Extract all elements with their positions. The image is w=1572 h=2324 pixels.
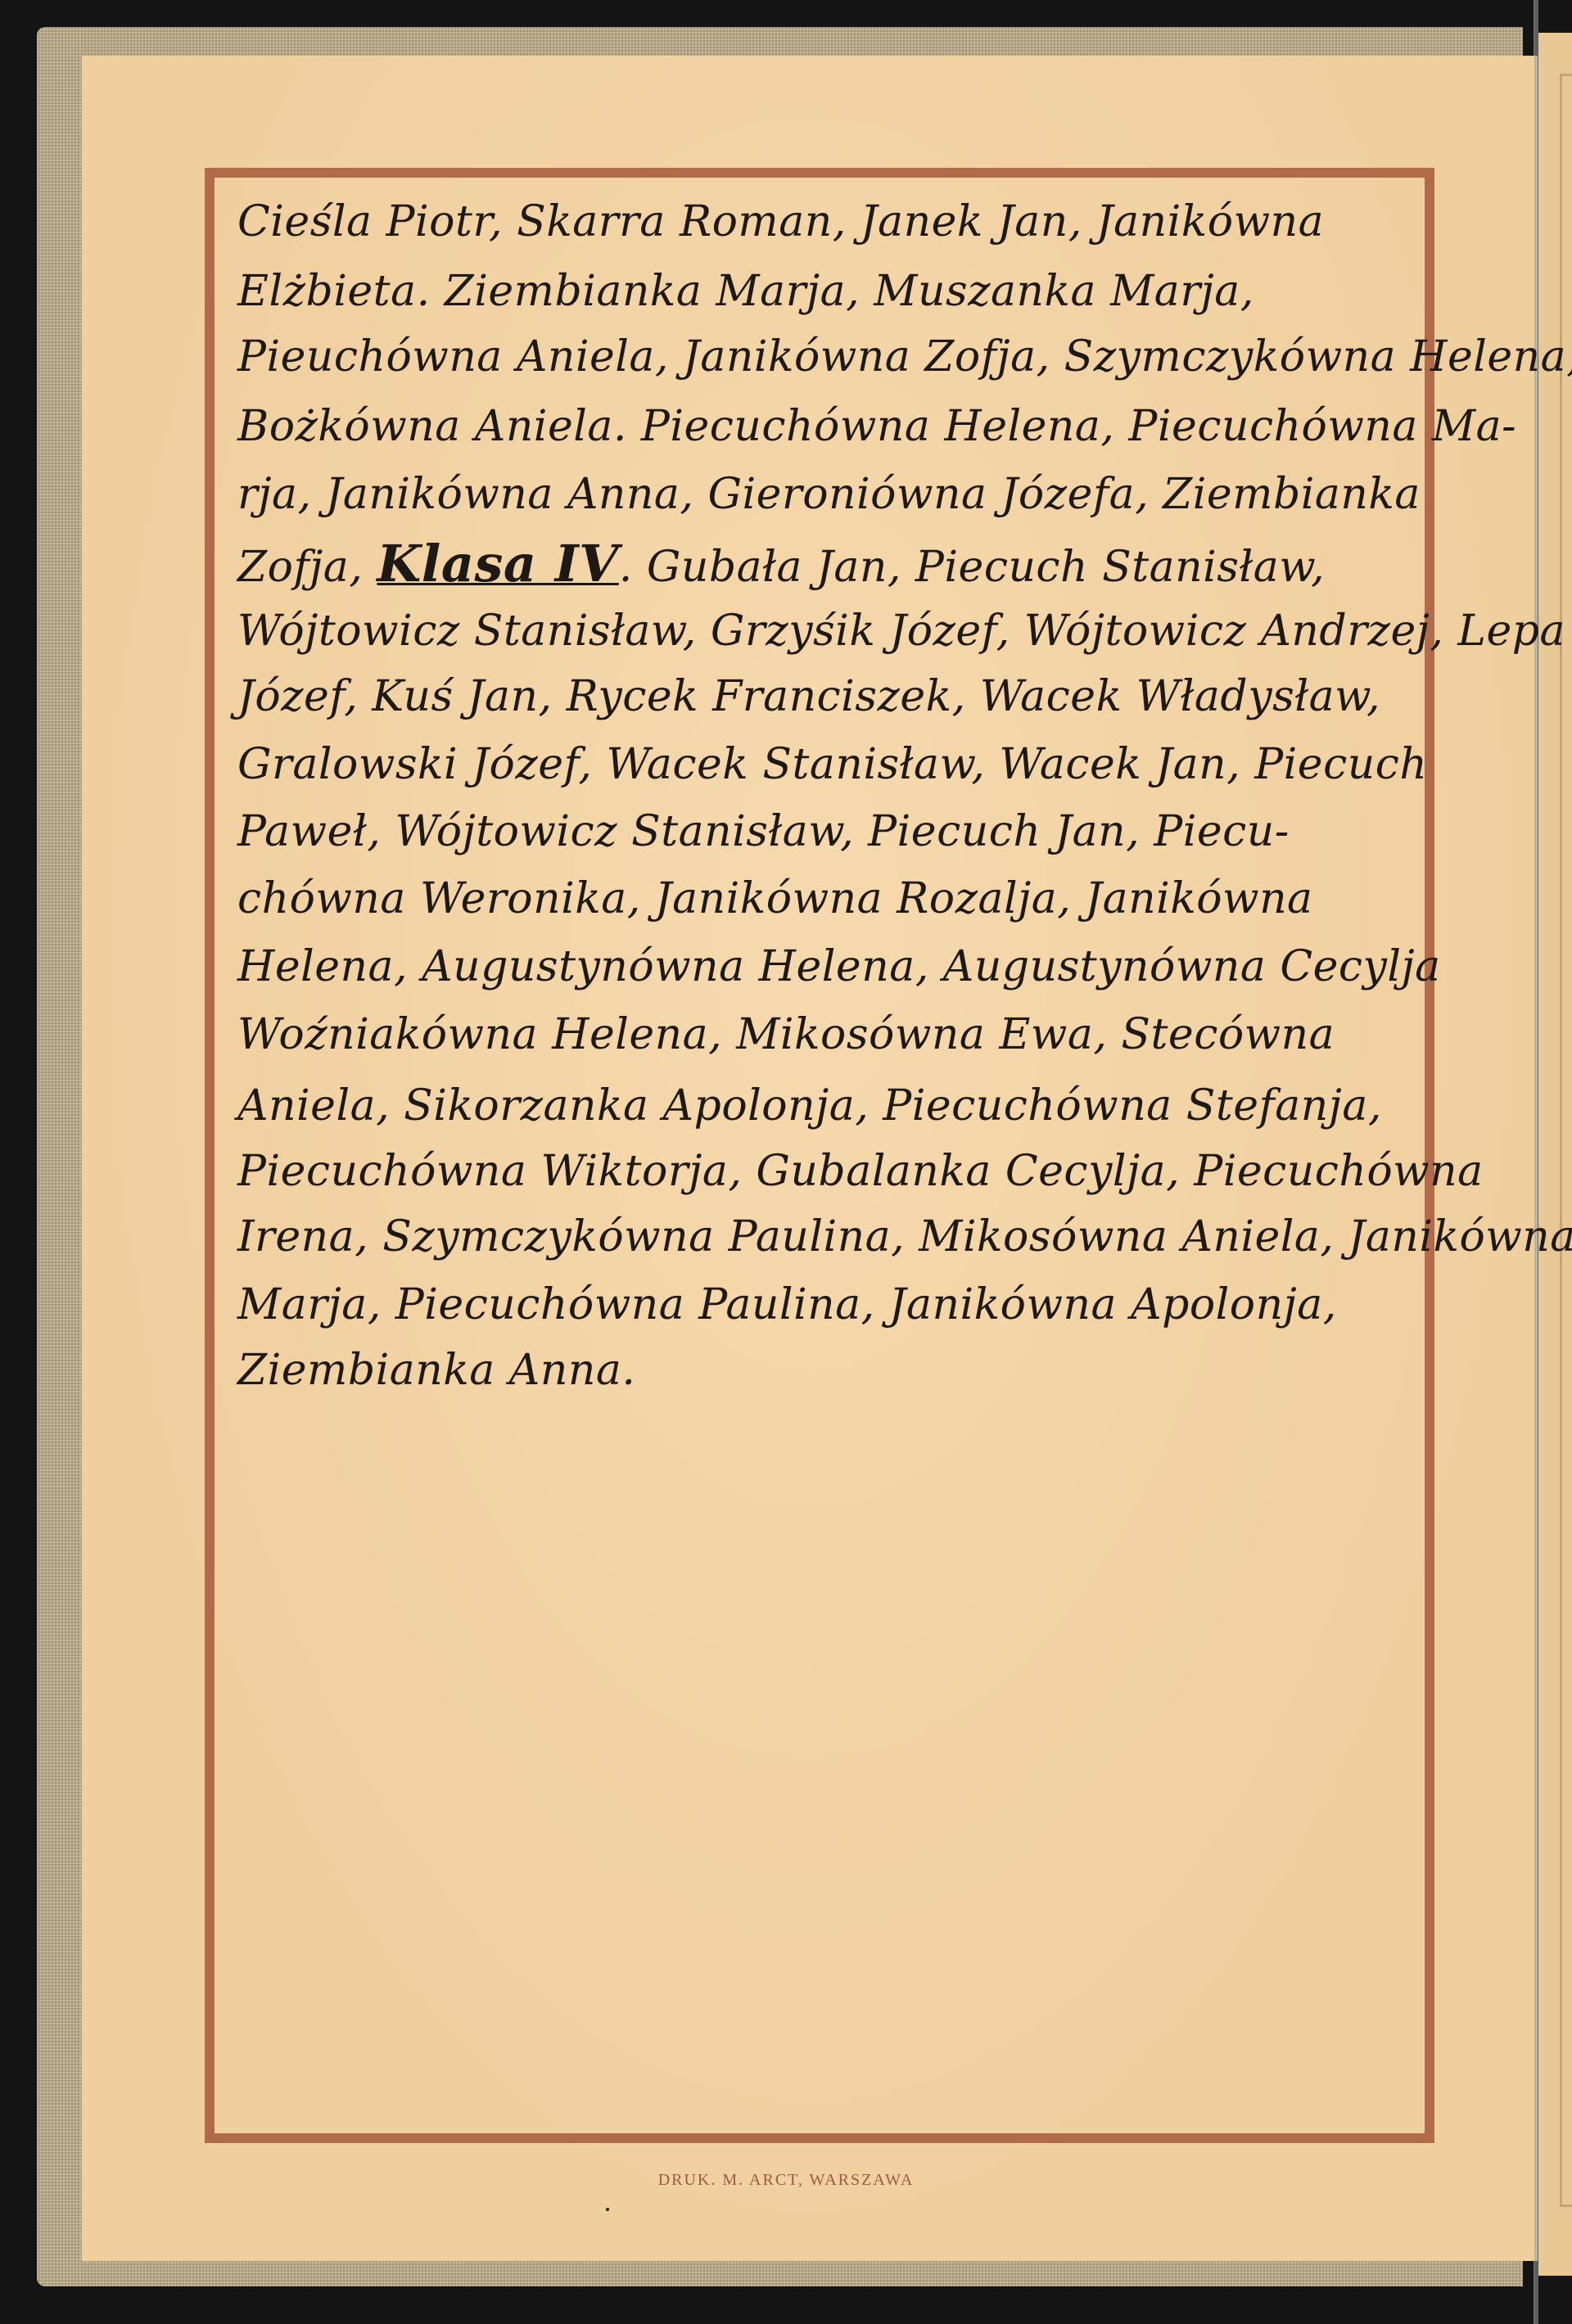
handwritten-line-17: Marja, Piecuchówna Paulina, Janikówna Ap… bbox=[237, 1284, 1416, 1326]
line-6-start: Zofja, bbox=[237, 543, 377, 592]
handwritten-line-4: Bożkówna Aniela. Piecuchówna Helena, Pie… bbox=[237, 405, 1416, 448]
handwritten-line-16: Irena, Szymczykówna Paulina, Mikosówna A… bbox=[237, 1216, 1416, 1258]
handwritten-line-10: Paweł, Wójtowicz Stanisław, Piecuch Jan,… bbox=[237, 810, 1416, 853]
ink-speck bbox=[606, 2208, 609, 2211]
printer-imprint: DRUK. M. ARCT, WARSZAWA bbox=[0, 2171, 1572, 2190]
handwritten-line-9: Gralowski Józef, Wacek Stanisław, Wacek … bbox=[237, 743, 1416, 786]
handwritten-line-12: Helena, Augustynówna Helena, Augustynówn… bbox=[237, 945, 1416, 988]
handwritten-line-14: Aniela, Sikorzanka Apolonja, Piecuchówna… bbox=[237, 1085, 1416, 1127]
class-heading: Klasa IV bbox=[377, 534, 618, 593]
handwritten-line-6: Zofja, Klasa IV. Gubała Jan, Piecuch Sta… bbox=[237, 539, 1416, 589]
handwritten-line-5: rja, Janikówna Anna, Gieroniówna Józefa,… bbox=[237, 473, 1416, 516]
handwritten-line-8: Józef, Kuś Jan, Rycek Franciszek, Wacek … bbox=[237, 675, 1416, 718]
line-6-rest: . Gubała Jan, Piecuch Stanisław, bbox=[619, 543, 1325, 592]
handwritten-line-2: Elżbieta. Ziembianka Marja, Muszanka Mar… bbox=[237, 270, 1416, 313]
handwritten-line-13: Woźniakówna Helena, Mikosówna Ewa, Stecó… bbox=[237, 1013, 1416, 1056]
adjacent-page-frame bbox=[1560, 74, 1572, 2207]
handwritten-line-1: Cieśla Piotr, Skarra Roman, Janek Jan, J… bbox=[237, 201, 1416, 243]
handwritten-line-18: Ziembianka Anna. bbox=[237, 1349, 1416, 1392]
handwritten-line-11: chówna Weronika, Janikówna Rozalja, Jani… bbox=[237, 878, 1416, 920]
handwritten-line-3: Pieuchówna Aniela, Janikówna Zofja, Szym… bbox=[237, 336, 1416, 378]
handwritten-line-15: Piecuchówna Wiktorja, Gubalanka Cecylja,… bbox=[237, 1150, 1416, 1193]
handwritten-line-7: Wójtowicz Stanisław, Grzyśik Józef, Wójt… bbox=[237, 610, 1416, 652]
